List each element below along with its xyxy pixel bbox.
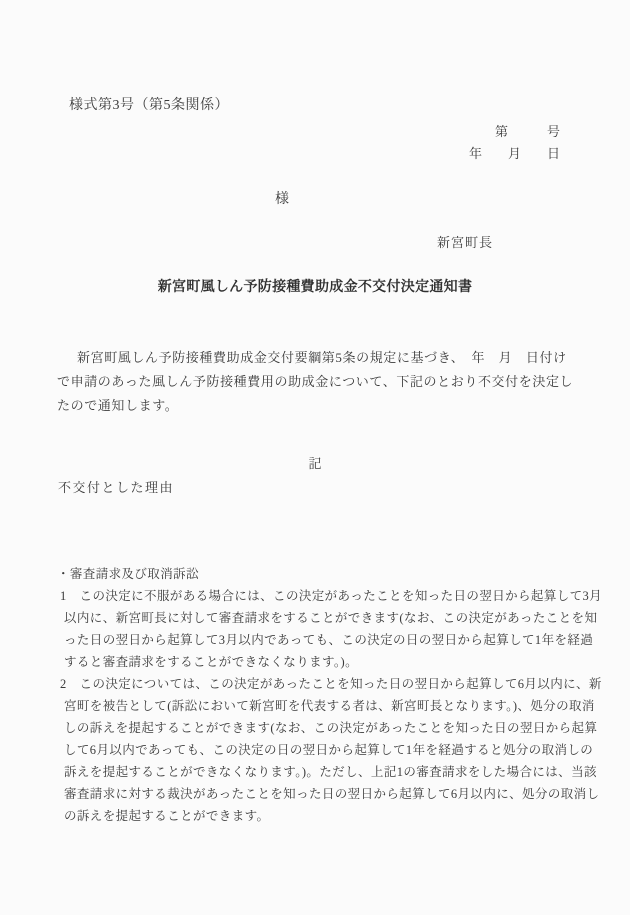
notes-item2-line: 宮町を被告として(訴訟において新宮町を代表する者は、新宮町長となります。)、処分… bbox=[57, 695, 615, 717]
notes-item2-line: 2 この決定については、この決定があったことを知った日の翌日から起算して6月以内… bbox=[57, 673, 615, 695]
issue-number-line: 第 号 bbox=[495, 125, 560, 138]
notes-item2-line: しの訴えを提起することができます(なお、この決定があったことを知った日の翌日から… bbox=[57, 717, 615, 739]
notes-section: ・審査請求及び取消訴訟 1 この決定に不服がある場合には、この決定があったことを… bbox=[57, 563, 615, 827]
notes-item1-line: すると審査請求をすることができなくなります。)。 bbox=[57, 651, 615, 673]
body-line: で申請のあった風しん予防接種費用の助成金について、下記のとおり不交付を決定し bbox=[57, 370, 610, 394]
date-line: 年 月 日 bbox=[469, 147, 560, 160]
body-line: たので通知します。 bbox=[57, 394, 610, 418]
notes-heading: ・審査請求及び取消訴訟 bbox=[57, 563, 615, 585]
body-paragraph: 新宮町風しん予防接種費助成金交付要綱第5条の規定に基づき、 年 月 日付け で申… bbox=[57, 346, 610, 418]
addressee-suffix: 様 bbox=[275, 193, 289, 207]
document-title: 新宮町風しん予防接種費助成金不交付決定通知書 bbox=[0, 281, 630, 295]
notes-item2-line: の訴えを提起することができます。 bbox=[57, 805, 615, 827]
reason-label: 不交付とした理由 bbox=[58, 481, 174, 494]
sender-name: 新宮町長 bbox=[437, 236, 493, 249]
notes-item2-line: して6月以内であっても、この決定の日の翌日から起算して1年を経過すると処分の取消… bbox=[57, 739, 615, 761]
notes-item1-line: 1 この決定に不服がある場合には、この決定があったことを知った日の翌日から起算し… bbox=[57, 585, 615, 607]
form-number-label: 様式第3号（第5条関係） bbox=[69, 99, 229, 113]
ki-label: 記 bbox=[0, 457, 630, 470]
document-page: 様式第3号（第5条関係） 第 号 年 月 日 様 新宮町長 新宮町風しん予防接種… bbox=[0, 0, 630, 915]
notes-item1-line: った日の翌日から起算して3月以内であっても、この決定の日の翌日から起算して1年を… bbox=[57, 629, 615, 651]
notes-item2-line: 訴えを提起することができなくなります。)。ただし、上記1の審査請求をした場合には… bbox=[57, 761, 615, 783]
notes-item1-line: 以内に、新宮町長に対して審査請求をすることができます(なお、この決定があったこと… bbox=[57, 607, 615, 629]
notes-item2-line: 審査請求に対する裁決があったことを知った日の翌日から起算して6月以内に、処分の取… bbox=[57, 783, 615, 805]
body-line: 新宮町風しん予防接種費助成金交付要綱第5条の規定に基づき、 年 月 日付け bbox=[57, 346, 610, 370]
